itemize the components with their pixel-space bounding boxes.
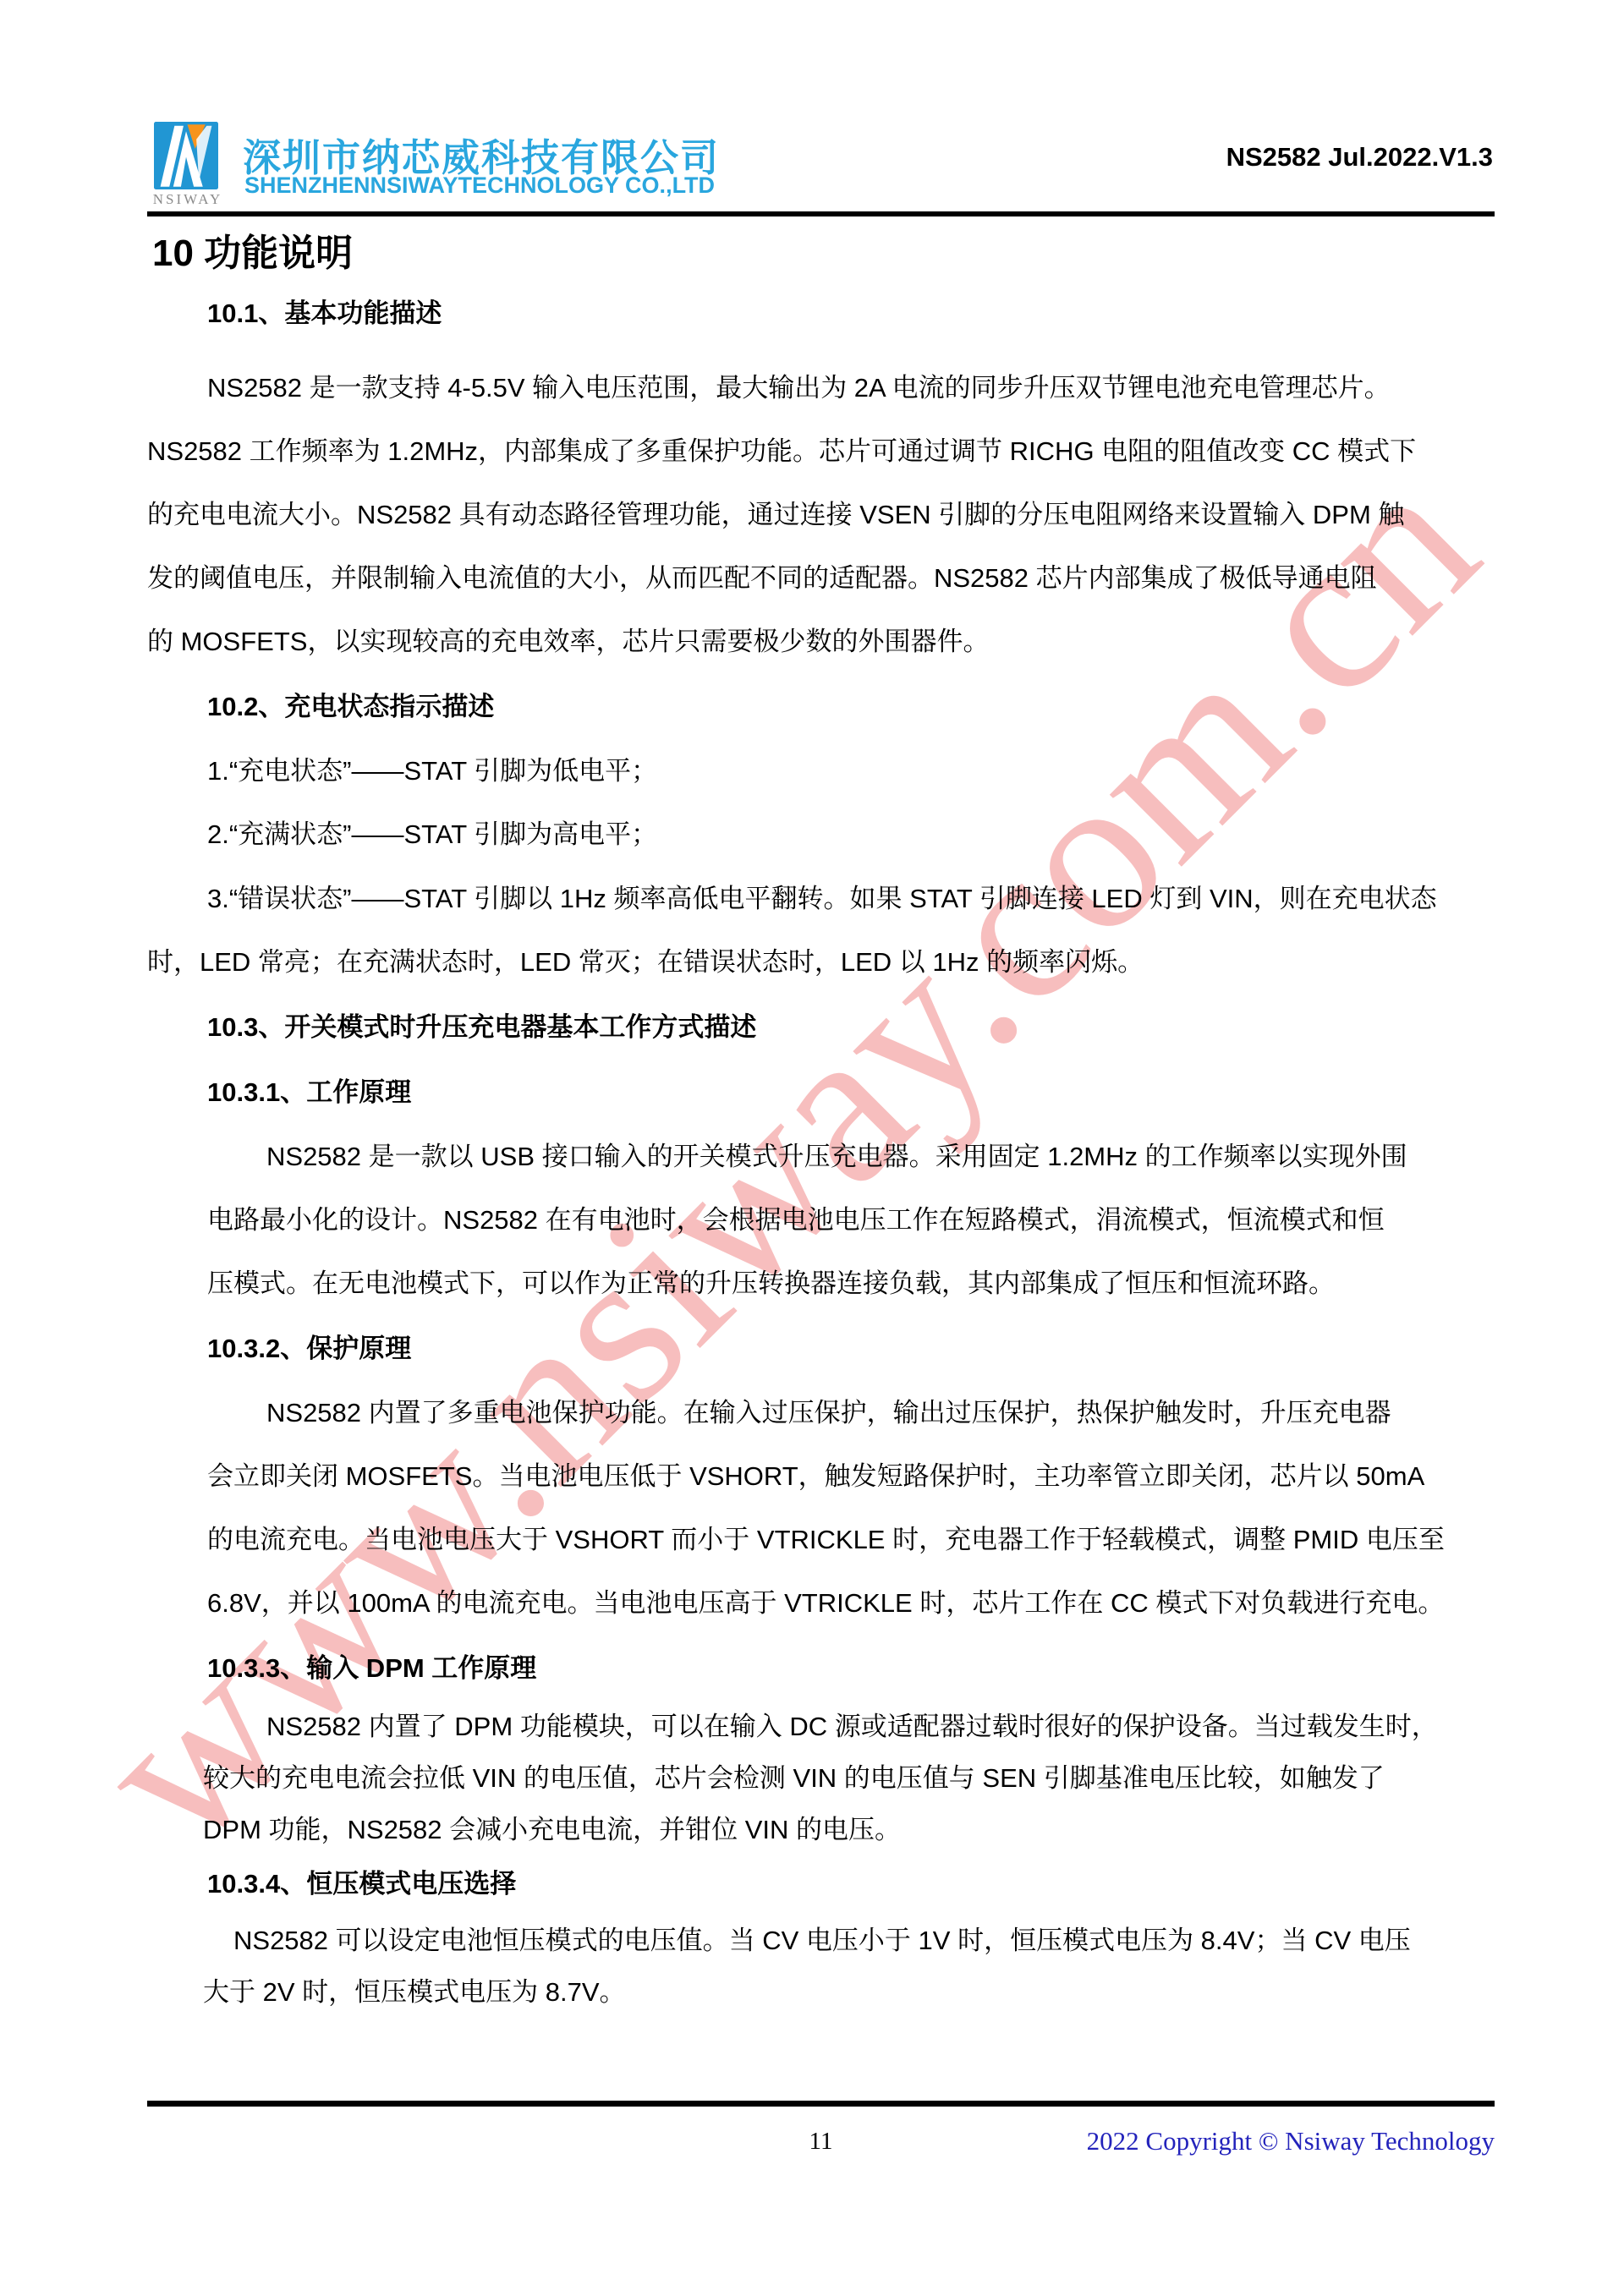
body-line: 发的阈值电压，并限制输入电流值的大小，从而匹配不同的适配器。NS2582 芯片内…	[147, 562, 1377, 595]
body-line: 的充电电流大小。NS2582 具有动态路径管理功能，通过连接 VSEN 引脚的分…	[147, 499, 1404, 532]
section-heading: 10.3.1、工作原理	[207, 1077, 411, 1110]
body-line: 压模式。在无电池模式下，可以作为正常的升压转换器连接负载，其内部集成了恒压和恒流…	[207, 1268, 1335, 1301]
section-heading: 10.2、充电状态指示描述	[207, 691, 494, 724]
body-line: 时，LED 常亮；在充满状态时，LED 常灭；在错误状态时，LED 以 1Hz …	[147, 946, 1144, 979]
document-body: 10 功能说明10.1、基本功能描述NS2582 是一款支持 4-5.5V 输入…	[0, 0, 1624, 2296]
body-line: 1.“充电状态”——STAT 引脚为低电平；	[207, 755, 657, 788]
section-heading: 10.3.2、保护原理	[207, 1333, 411, 1366]
body-line: 较大的充电电流会拉低 VIN 的电压值，芯片会检测 VIN 的电压值与 SEN …	[203, 1762, 1385, 1795]
body-line: 会立即关闭 MOSFETS。当电池电压低于 VSHORT，触发短路保护时，主功率…	[207, 1460, 1424, 1493]
body-line: 2.“充满状态”——STAT 引脚为高电平；	[207, 819, 657, 852]
body-line: 的电流充电。当电池电压大于 VSHORT 而小于 VTRICKLE 时，充电器工…	[207, 1524, 1445, 1557]
body-line: NS2582 是一款以 USB 接口输入的开关模式升压充电器。采用固定 1.2M…	[266, 1141, 1407, 1174]
section-heading: 10.1、基本功能描述	[207, 298, 442, 331]
body-line: 的 MOSFETS，以实现较高的充电效率，芯片只需要极少数的外围器件。	[147, 626, 989, 659]
body-line: 电路最小化的设计。NS2582 在有电池时，会根据电池电压工作在短路模式，涓流模…	[207, 1204, 1385, 1237]
section-heading: 10.3.3、输入 DPM 工作原理	[207, 1652, 536, 1685]
body-line: NS2582 可以设定电池恒压模式的电压值。当 CV 电压小于 1V 时，恒压模…	[233, 1925, 1411, 1958]
copyright-notice: 2022 Copyright © Nsiway Technology	[1087, 2126, 1495, 2156]
body-line: DPM 功能，NS2582 会减小充电电流，并钳位 VIN 的电压。	[203, 1814, 901, 1847]
footer-rule	[147, 2101, 1495, 2107]
body-line: 3.“错误状态”——STAT 引脚以 1Hz 频率高低电平翻转。如果 STAT …	[207, 883, 1437, 916]
body-line: NS2582 内置了多重电池保护功能。在输入过压保护，输出过压保护，热保护触发时…	[266, 1397, 1391, 1430]
body-line: NS2582 是一款支持 4-5.5V 输入电压范围，最大输出为 2A 电流的同…	[207, 372, 1391, 405]
page-title: 10 功能说明	[152, 230, 353, 277]
section-heading: 10.3.4、恒压模式电压选择	[207, 1868, 516, 1901]
body-line: NS2582 工作频率为 1.2MHz，内部集成了多重保护功能。芯片可通过调节 …	[147, 436, 1416, 469]
body-line: 大于 2V 时，恒压模式电压为 8.7V。	[203, 1976, 626, 2009]
body-line: 6.8V，并以 100mA 的电流充电。当电池电压高于 VTRICKLE 时，芯…	[207, 1587, 1444, 1620]
section-heading: 10.3、开关模式时升压充电器基本工作方式描述	[207, 1011, 756, 1044]
body-line: NS2582 内置了 DPM 功能模块，可以在输入 DC 源或适配器过载时很好的…	[266, 1711, 1438, 1744]
document-page: NSIWAY 深圳市纳芯威科技有限公司 SHENZHENNSIWAYTECHNO…	[0, 0, 1624, 2296]
